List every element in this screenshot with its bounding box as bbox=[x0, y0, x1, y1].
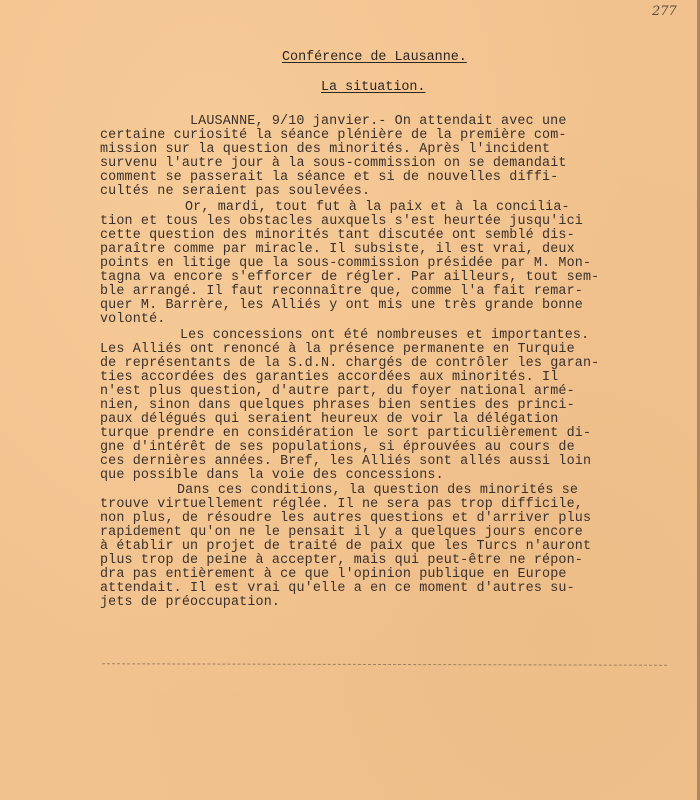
folio-number: 277 bbox=[652, 4, 677, 19]
document-title: Conférence de Lausanne. bbox=[282, 50, 467, 65]
text-line: survenu l'autre jour à la sous-commissio… bbox=[100, 157, 567, 171]
text-line: cultés ne seraient pas soulevées. bbox=[100, 185, 370, 199]
text-line: trouve virtuellement réglée. Il ne sera … bbox=[100, 498, 583, 512]
text-line: gne d'intérêt de ses populations, si épr… bbox=[100, 441, 575, 455]
text-line: tagna va encore s'efforcer de régler. Pa… bbox=[100, 271, 599, 285]
text-line: Dans ces conditions, la question des min… bbox=[177, 484, 578, 498]
text-line: ties accordées des garanties accordées a… bbox=[100, 371, 558, 385]
text-line: nien, sinon dans quelques phrases bien s… bbox=[100, 399, 575, 413]
document-page: 277 Conférence de Lausanne. La situation… bbox=[0, 0, 700, 800]
text-line: turque prendre en considération le sort … bbox=[100, 427, 591, 441]
text-line: mission sur la question des minorités. A… bbox=[100, 143, 550, 157]
text-line: ces dernières années. Bref, les Alliés s… bbox=[100, 455, 591, 469]
text-line: attendait. Il est vrai qu'elle a en ce m… bbox=[100, 582, 575, 596]
text-line: points en litige que la sous-commission … bbox=[100, 257, 591, 271]
document-subtitle: La situation. bbox=[321, 80, 425, 95]
text-line: rapidement qu'on ne le pensait il y a qu… bbox=[100, 526, 583, 540]
text-line: paraître comme par miracle. Il subsiste,… bbox=[100, 243, 575, 257]
text-line: jets de préoccupation. bbox=[100, 596, 280, 610]
text-line: de représentants de la S.d.N. chargés de… bbox=[100, 357, 599, 371]
text-line: tion et tous les obstacles auxquels s'es… bbox=[100, 215, 583, 229]
text-line: Les Alliés ont renoncé à la présence per… bbox=[100, 343, 575, 357]
text-line: certaine curiosité la séance plénière de… bbox=[100, 129, 567, 143]
text-line: dra pas entièrement à ce que l'opinion p… bbox=[100, 568, 567, 582]
text-line: à établir un projet de traité de paix qu… bbox=[100, 540, 591, 554]
text-line: que possible dans la voie des concession… bbox=[100, 469, 444, 483]
text-line: Les concessions ont été nombreuses et im… bbox=[180, 329, 589, 343]
text-line: non plus, de résoudre les autres questio… bbox=[100, 512, 591, 526]
text-line: ble arrangé. Il faut reconnaître que, co… bbox=[100, 285, 583, 299]
text-line: n'est plus question, d'autre part, du fo… bbox=[100, 385, 575, 399]
text-line: Or, mardi, tout fut à la paix et à la co… bbox=[185, 201, 570, 215]
text-line: plus trop de peine à accepter, mais qui … bbox=[100, 554, 583, 568]
text-line: paux délégués qui seraient heureux de vo… bbox=[100, 413, 558, 427]
separator-rule bbox=[102, 663, 667, 665]
text-line: quer M. Barrère, les Alliés y ont mis un… bbox=[100, 299, 583, 313]
text-line: volonté. bbox=[100, 313, 166, 327]
text-line: cette question des minorités tant discut… bbox=[100, 229, 575, 243]
text-line: comment se passerait la séance et si de … bbox=[100, 171, 558, 185]
text-line: LAUSANNE, 9/10 janvier.- On attendait av… bbox=[190, 115, 567, 129]
